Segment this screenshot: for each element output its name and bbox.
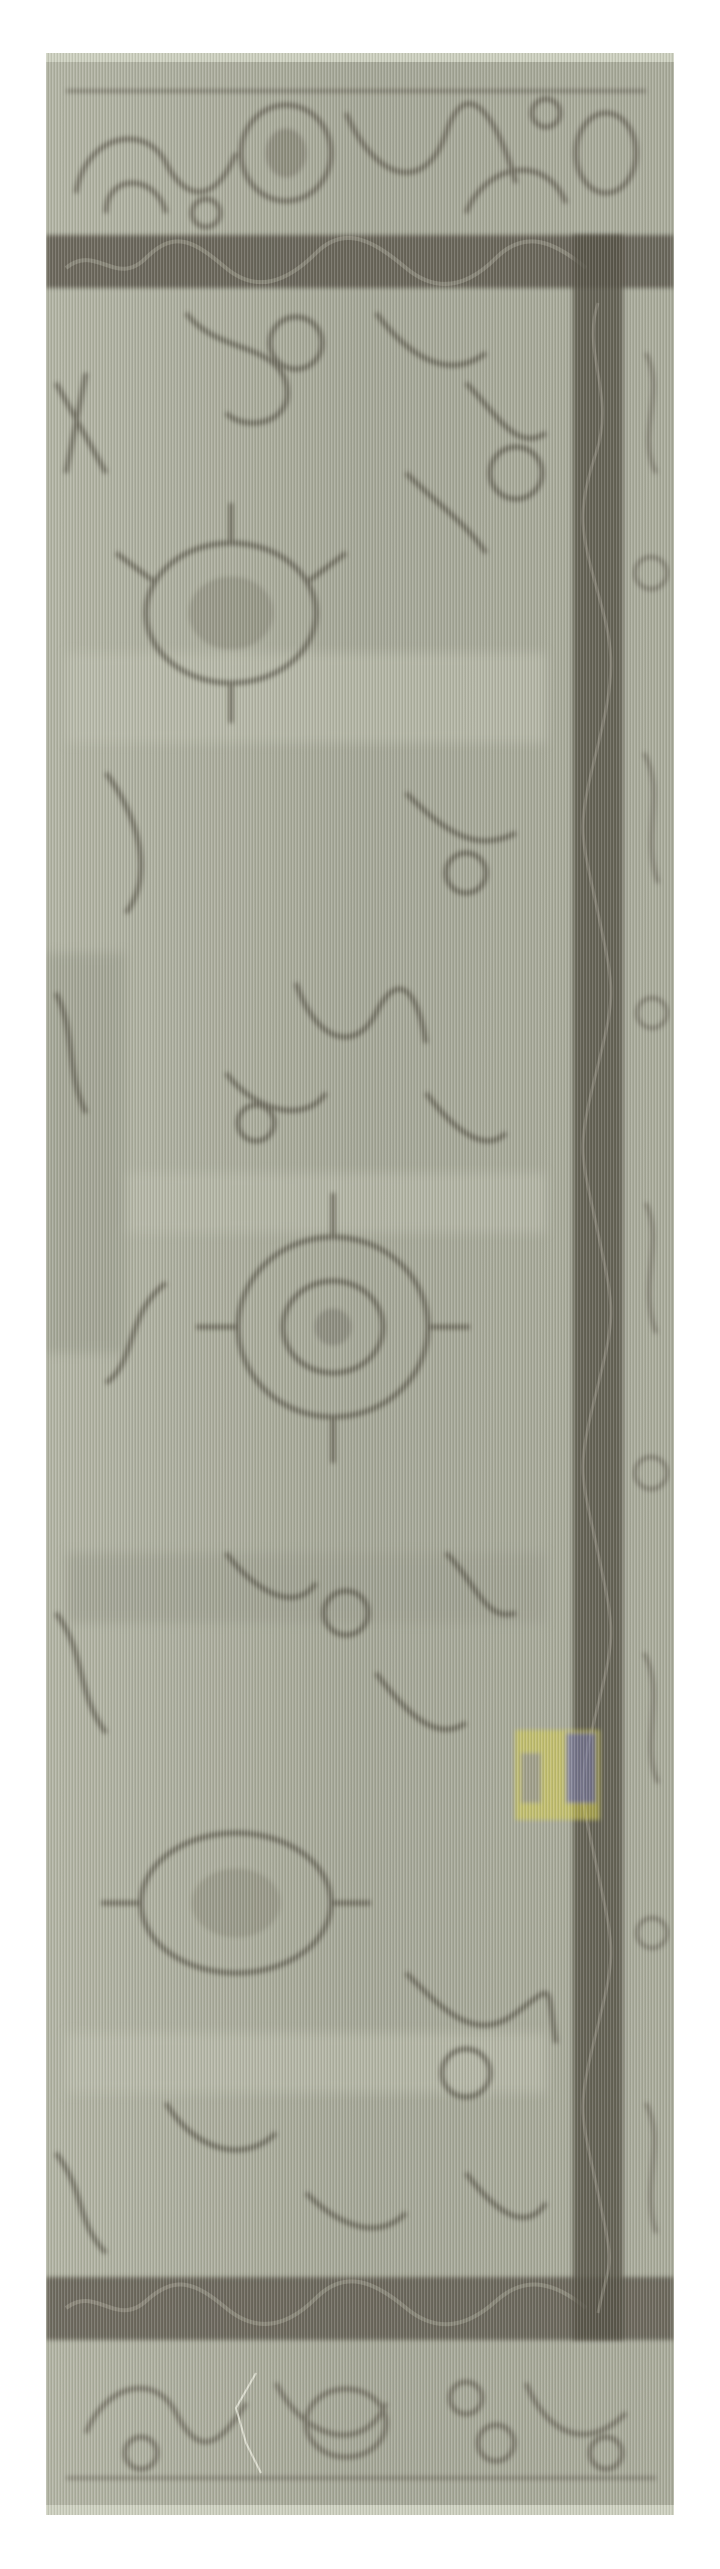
- rug-illustration: [46, 53, 674, 2515]
- overdyed-runner-rug: [46, 53, 674, 2515]
- rug-photo: Vintage overdyed runner rug photographed…: [0, 0, 720, 2569]
- weave-texture: [46, 53, 674, 2515]
